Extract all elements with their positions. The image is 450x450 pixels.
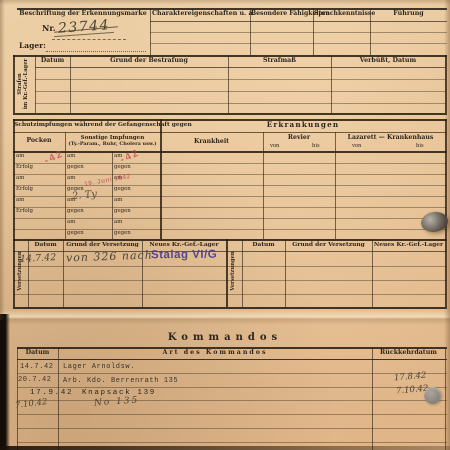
hline bbox=[17, 400, 447, 401]
col-header-besondere-faehigkeiten: Besondere Fähigkeiten bbox=[251, 11, 312, 18]
lazarett-von-label: von bbox=[352, 144, 361, 150]
row-label-gegen: gegen bbox=[67, 209, 84, 215]
hline bbox=[17, 414, 447, 415]
col-header-datum: Datum bbox=[18, 350, 57, 357]
hline bbox=[35, 103, 445, 104]
stalag-stamp: Stalag VI/G bbox=[151, 249, 217, 262]
hline bbox=[35, 91, 445, 92]
col-header-rueckkehrdatum: Rückkehrdatum bbox=[373, 350, 444, 357]
col-header-grund-bestrafung: Grund der Bestrafung bbox=[71, 58, 227, 65]
side-label-versetzungen-right: Versetzungen bbox=[231, 243, 237, 299]
row-label-gegen: gegen bbox=[67, 165, 84, 171]
versetzung-entry-datum: 14.7.42 bbox=[20, 252, 57, 265]
row-label-gegen: gegen bbox=[67, 231, 84, 237]
row-label-am: am bbox=[16, 198, 24, 204]
vline bbox=[17, 347, 18, 450]
kommando-row-datum: 20.7.42 bbox=[18, 376, 52, 384]
col-header-grund-versetzung: Grund der Versetzung bbox=[286, 242, 371, 248]
pow-record-card: Beschriftung der Erkennungsmarke Nr. 237… bbox=[0, 0, 450, 450]
erkrankungen-title: Erkrankungen bbox=[161, 121, 445, 129]
hline bbox=[13, 294, 447, 295]
row-label-erfolg: Erfolg bbox=[16, 187, 33, 193]
vline bbox=[65, 132, 66, 239]
row-label-am: am bbox=[16, 154, 24, 160]
kommando-row-datum: 17.9.42 bbox=[30, 389, 73, 397]
col-header-pocken: Pocken bbox=[14, 138, 64, 145]
hline bbox=[13, 174, 447, 175]
kommando-row-art: Lager Arnoldsw. bbox=[63, 363, 135, 371]
col-header-krankheit: Krankheit bbox=[161, 139, 262, 146]
kommando-row-art: No 135 bbox=[94, 395, 140, 408]
hline bbox=[150, 43, 447, 44]
fold-crease bbox=[0, 310, 450, 325]
lazarett-bis-label: bis bbox=[416, 144, 424, 150]
hline bbox=[17, 359, 447, 360]
vline bbox=[13, 119, 15, 239]
col-header-sonstige-impfungen: Sonstige Impfungen (Ty.-Param., Ruhr, Ch… bbox=[66, 135, 159, 148]
hline bbox=[150, 21, 447, 22]
side-label-strafen: Strafen im Kr.-Gef.-Lager bbox=[18, 55, 30, 113]
revier-bis-label: bis bbox=[312, 144, 320, 150]
hline bbox=[150, 32, 447, 33]
row-label-gegen: gegen bbox=[114, 187, 131, 193]
hline bbox=[13, 113, 447, 115]
vline bbox=[285, 239, 286, 307]
erkennungsmarke-title: Beschriftung der Erkennungsmarke bbox=[18, 11, 148, 18]
col-header-lazarett: Lazarett — Krankenhaus bbox=[336, 135, 445, 142]
vline bbox=[226, 239, 228, 307]
punch-hole bbox=[424, 387, 441, 404]
hline bbox=[13, 307, 447, 309]
row-label-gegen: gegen bbox=[114, 209, 131, 215]
vline bbox=[63, 239, 64, 307]
hline bbox=[17, 428, 447, 429]
row-label-am: am bbox=[67, 154, 75, 160]
impfungen-title: Schutzimpfungen während der Gefangenscha… bbox=[14, 122, 159, 128]
vline bbox=[28, 239, 29, 307]
hline bbox=[17, 387, 447, 388]
hline bbox=[13, 132, 447, 133]
vline bbox=[335, 132, 336, 239]
vline bbox=[263, 132, 264, 239]
col-header-datum: Datum bbox=[29, 242, 62, 248]
lager-label: Lager: bbox=[19, 42, 46, 50]
col-header-datum: Datum bbox=[36, 58, 69, 65]
kommando-row-art: Arb. Kdo. Berrenrath 135 bbox=[63, 377, 178, 385]
hline bbox=[13, 218, 447, 219]
col-header-strafmass: Strafmaß bbox=[229, 58, 330, 65]
row-label-am: am bbox=[67, 220, 75, 226]
hline bbox=[35, 67, 445, 68]
vline bbox=[372, 347, 373, 450]
col-header-grund-versetzung: Grund der Versetzung bbox=[64, 242, 141, 248]
lager-writing-line bbox=[46, 50, 146, 52]
kommando-row-datum: 14.7.42 bbox=[20, 363, 54, 371]
scan-edge-left bbox=[0, 314, 10, 450]
nr-writing-line bbox=[52, 38, 126, 40]
revier-von-label: von bbox=[270, 144, 279, 150]
vline bbox=[160, 119, 162, 239]
hline bbox=[17, 442, 447, 443]
vline bbox=[242, 239, 243, 307]
vline bbox=[112, 151, 113, 239]
row-label-erfolg: Erfolg bbox=[16, 165, 33, 171]
row-label-erfolg: Erfolg bbox=[16, 209, 33, 215]
hline bbox=[13, 151, 447, 153]
row-label-gegen: gegen bbox=[114, 231, 131, 237]
side-label-versetzungen-left: Versetzungen bbox=[18, 243, 24, 299]
scan-edge-right bbox=[444, 0, 450, 450]
kommando-row-rueckkehr: 17.8.42 bbox=[394, 371, 427, 384]
col-header-revier: Revier bbox=[264, 135, 334, 142]
scan-edge-top bbox=[0, 0, 450, 5]
row-label-am: am bbox=[114, 198, 122, 204]
versetzung-entry-grund: von 326 nach bbox=[66, 248, 153, 264]
scan-edge-left-upper bbox=[0, 0, 5, 320]
hline bbox=[35, 79, 445, 80]
vline bbox=[13, 55, 15, 113]
sonstige-line2: (Ty.-Param., Ruhr, Cholera usw.) bbox=[68, 141, 156, 147]
hline bbox=[17, 373, 447, 374]
col-header-art-des-kommandos: Art des Kommandos bbox=[59, 350, 371, 357]
pencil-note: 2. Ty bbox=[71, 189, 97, 203]
vline bbox=[372, 239, 373, 307]
vline bbox=[13, 239, 15, 307]
row-label-am: am bbox=[114, 220, 122, 226]
row-label-am: am bbox=[16, 176, 24, 182]
col-header-verbuesst: Verbüßt, Datum bbox=[332, 58, 444, 65]
col-header-neues-lager: Neues Kr.-Gef.-Lager bbox=[373, 242, 444, 248]
col-header-datum: Datum bbox=[243, 242, 284, 248]
col-header-charaktereigenschaften: Charaktereigenschaften u. a. bbox=[152, 11, 248, 18]
row-label-am: am bbox=[67, 176, 75, 182]
col-header-neues-lager: Neues Kr.-Gef.-Lager bbox=[143, 242, 225, 248]
vline bbox=[58, 347, 59, 450]
kommandos-title: Kommandos bbox=[125, 332, 325, 343]
scan-edge-bottom bbox=[0, 446, 450, 450]
col-header-sprachkenntnisse: Sprachkenntnisse bbox=[314, 11, 369, 18]
col-header-fuehrung: Führung bbox=[371, 11, 446, 18]
side-label-strafen-line2: im Kr.-Gef.-Lager bbox=[23, 59, 29, 109]
